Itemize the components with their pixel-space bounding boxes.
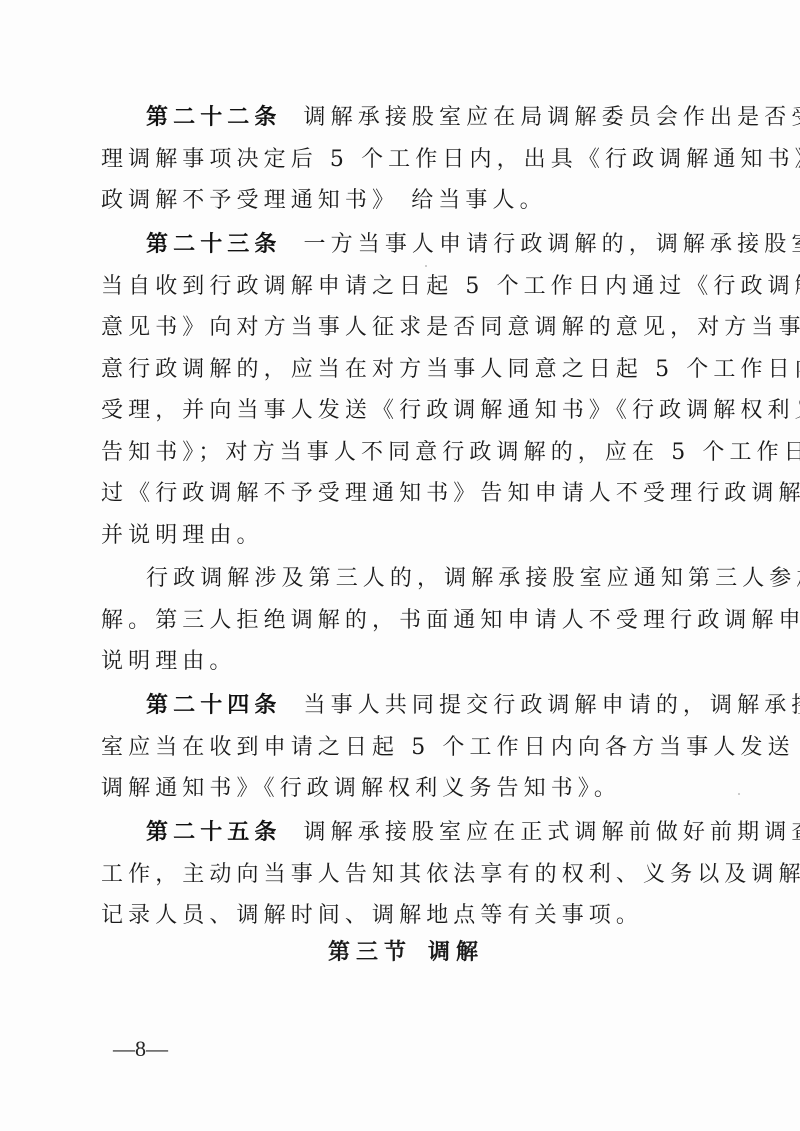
article-23-p2-line-2: 解。第三人拒绝调解的，书面通知申请人不受理行政调解申请并	[101, 600, 693, 642]
article-24-line-3: 调解通知书》《行政调解权利义务告知书》。	[101, 768, 693, 810]
section-number: 第三节	[328, 939, 412, 965]
scan-speck	[738, 793, 740, 795]
section-title: 第三节调解	[0, 932, 800, 972]
scan-speck	[425, 265, 427, 267]
article-25-line-1: 第二十五条调解承接股室应在正式调解前做好前期调查	[101, 812, 693, 854]
article-23-line-1: 第二十三条一方当事人申请行政调解的，调解承接股室应	[101, 224, 693, 266]
article-23-line-8: 并说明理由。	[101, 515, 693, 557]
article-25-line-2: 工作，主动向当事人告知其依法享有的权利、义务以及调解人员、	[101, 854, 693, 896]
article-23-paragraph-2: 行政调解涉及第三人的，调解承接股室应通知第三人参加调 解。第三人拒绝调解的，书面…	[101, 558, 693, 683]
article-24: 第二十四条当事人共同提交行政调解申请的，调解承接股 室应当在收到申请之日起 5 …	[101, 685, 693, 810]
article-23: 第二十三条一方当事人申请行政调解的，调解承接股室应 当自收到行政调解申请之日起 …	[101, 224, 693, 556]
article-24-label: 第二十四条	[146, 692, 282, 718]
article-23-line-6: 告知书》；对方当事人不同意行政调解的，应在 5 个工作日内通	[101, 432, 693, 474]
document-page: 第二十二条调解承接股室应在局调解委员会作出是否受 理调解事项决定后 5 个工作日…	[0, 0, 800, 1131]
article-25-label: 第二十五条	[146, 819, 282, 845]
article-22-line-2: 理调解事项决定后 5 个工作日内，出具《行政调解通知书》或《行	[101, 139, 693, 181]
article-22: 第二十二条调解承接股室应在局调解委员会作出是否受 理调解事项决定后 5 个工作日…	[101, 97, 693, 222]
article-22-line-3: 政调解不予受理通知书》 给当事人。	[101, 180, 693, 222]
article-23-line-3: 意见书》向对方当事人征求是否同意调解的意见，对方当事人同	[101, 307, 693, 349]
article-23-line-7: 过《行政调解不予受理通知书》告知申请人不受理行政调解申请	[101, 473, 693, 515]
article-22-label: 第二十二条	[146, 104, 282, 130]
article-25: 第二十五条调解承接股室应在正式调解前做好前期调查 工作，主动向当事人告知其依法享…	[101, 812, 693, 937]
article-23-p2-line-1: 行政调解涉及第三人的，调解承接股室应通知第三人参加调	[101, 558, 693, 600]
article-23-label: 第二十三条	[146, 231, 282, 257]
article-23-line-4: 意行政调解的，应当在对方当事人同意之日起 5 个工作日内正式	[101, 349, 693, 391]
article-25-line-3: 记录人员、调解时间、调解地点等有关事项。	[101, 895, 693, 937]
article-22-line-1: 第二十二条调解承接股室应在局调解委员会作出是否受	[101, 97, 693, 139]
article-24-line-2: 室应当在收到申请之日起 5 个工作日内向各方当事人发送《行政	[101, 727, 693, 769]
article-23-line-5: 受理，并向当事人发送《行政调解通知书》《行政调解权利义务	[101, 390, 693, 432]
article-24-line-1: 第二十四条当事人共同提交行政调解申请的，调解承接股	[101, 685, 693, 727]
article-23-line-2: 当自收到行政调解申请之日起 5 个工作日内通过《行政调解征求	[101, 266, 693, 308]
section-name: 调解	[428, 939, 484, 965]
article-23-p2-line-3: 说明理由。	[101, 641, 693, 683]
page-number: —8—	[113, 1034, 168, 1064]
